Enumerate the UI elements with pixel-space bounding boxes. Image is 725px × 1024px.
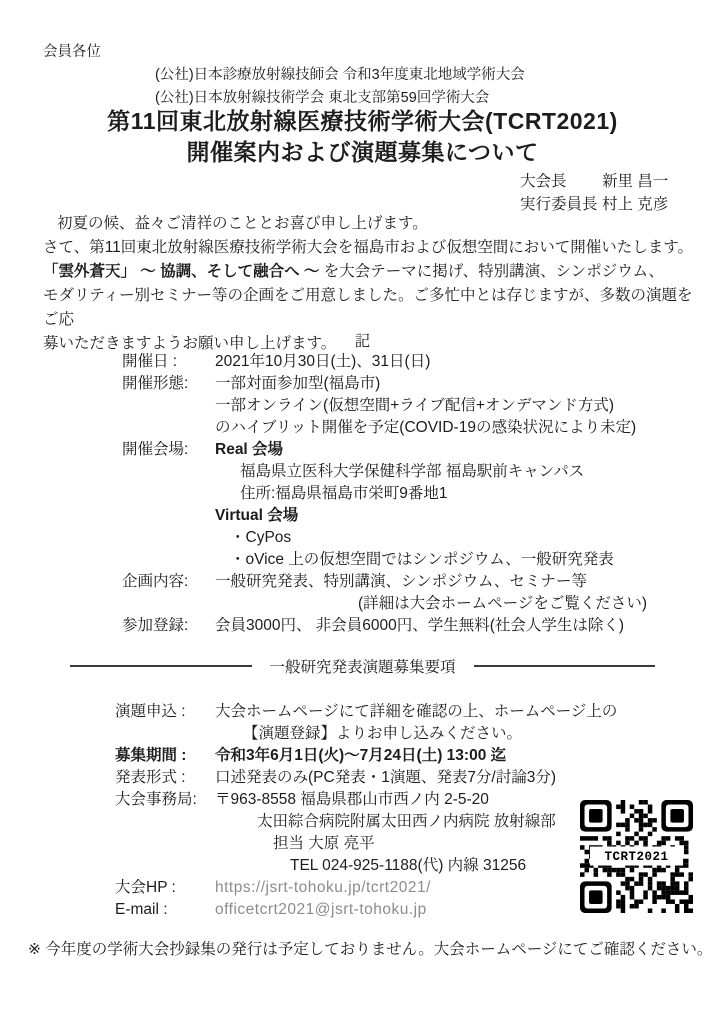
section-divider: 一般研究発表演題募集要項 (70, 655, 655, 677)
detail-row-venue: 開催会場: Real 会場 福島県立医科大学保健科学部 福島駅前キャンパス 住所… (122, 439, 697, 571)
venue-real-heading: Real 会場 (215, 439, 697, 461)
detail-value: 一部対面参加型(福島市) 一部オンライン(仮想空間+ライブ配信+オンデマンド方式… (215, 373, 697, 439)
recipient: 会員各位 (43, 40, 101, 61)
record-mark: 記 (0, 329, 725, 351)
detail-label: 参加登録: (122, 615, 215, 637)
officer-role: 大会長 (520, 171, 602, 194)
divider-line-left (70, 665, 252, 667)
title-line-1: 第11回東北放射線医療技術学術大会(TCRT2021) (0, 106, 725, 137)
detail-row-format: 開催形態: 一部対面参加型(福島市) 一部オンライン(仮想空間+ライブ配信+オン… (122, 373, 697, 439)
greeting-line: モダリティー別セミナー等の企画をご用意しました。ご多忙中とは存じますが、多数の演… (43, 284, 698, 332)
detail-line: (詳細は大会ホームページをご覧ください) (215, 593, 697, 615)
detail-row-program: 企画内容: 一般研究発表、特別講演、シンポジウム、セミナー等 (詳細は大会ホーム… (122, 571, 697, 615)
detail-label: 開催日 : (122, 351, 215, 373)
detail-line: ・oVice 上の仮想空間ではシンポジウム、一般研究発表 (215, 549, 697, 571)
greeting-line: 「雲外蒼天」 〜 協調、そして融合へ 〜 を大会テーマに掲げ、特別講演、シンポジ… (43, 260, 698, 284)
detail-value: 一般研究発表、特別講演、シンポジウム、セミナー等 (詳細は大会ホームページをご覧… (215, 571, 697, 615)
email-link[interactable]: officetcrt2021@jsrt-tohoku.jp (215, 901, 427, 918)
detail-label: 企画内容: (122, 571, 215, 593)
greeting-line-rest: を大会テーマに掲げ、特別講演、シンポジウム、 (319, 263, 664, 280)
qr-code: TCRT2021 (580, 800, 693, 913)
application-line: 大会ホームページにて詳細を確認の上、ホームページ上の (215, 701, 675, 723)
application-value: 口述発表のみ(PC発表・1演題、発表7分/討論3分) (215, 767, 675, 789)
application-row-period: 募集期間 : 令和3年6月1日(火)〜7月24日(土) 13:00 迄 (115, 745, 675, 767)
application-label: E-mail : (115, 899, 215, 921)
qr-label: TCRT2021 (580, 847, 693, 866)
application-value: 令和3年6月1日(火)〜7月24日(土) 13:00 迄 (215, 745, 675, 767)
website-link[interactable]: https://jsrt-tohoku.jp/tcrt2021/ (215, 879, 431, 896)
org-line-1: (公社)日本診療放射線技師会 令和3年度東北地域学術大会 (155, 64, 525, 87)
detail-line: 住所:福島県福島市栄町9番地1 (215, 483, 697, 505)
detail-line: ・CyPos (215, 527, 697, 549)
detail-line: 一般研究発表、特別講演、シンポジウム、セミナー等 (215, 571, 697, 593)
conference-announcement-page: 会員各位 (公社)日本診療放射線技師会 令和3年度東北地域学術大会 (公社)日本… (0, 0, 725, 1024)
venue-virtual-heading: Virtual 会場 (215, 505, 697, 527)
application-row-entry: 演題申込 : 大会ホームページにて詳細を確認の上、ホームページ上の 【演題登録】… (115, 701, 675, 745)
page-title: 第11回東北放射線医療技術学術大会(TCRT2021) 開催案内および演題募集に… (0, 106, 725, 168)
detail-label: 開催会場: (122, 439, 215, 461)
detail-label: 開催形態: (122, 373, 215, 395)
conference-theme: 「雲外蒼天」 〜 協調、そして融合へ 〜 (43, 263, 319, 280)
greeting-line: さて、第11回東北放射線医療技術学術大会を福島市および仮想空間において開催いたし… (43, 236, 698, 260)
application-label: 大会事務局: (115, 789, 215, 811)
application-label: 演題申込 : (115, 701, 215, 723)
application-value: 大会ホームページにて詳細を確認の上、ホームページ上の 【演題登録】よりお申し込み… (215, 701, 675, 745)
event-details-list: 開催日 : 2021年10月30日(土)、31日(日) 開催形態: 一部対面参加… (122, 351, 697, 637)
application-label: 発表形式 : (115, 767, 215, 789)
detail-value: Real 会場 福島県立医科大学保健科学部 福島駅前キャンパス 住所:福島県福島… (215, 439, 697, 571)
application-row-presentation-format: 発表形式 : 口述発表のみ(PC発表・1演題、発表7分/討論3分) (115, 767, 675, 789)
greeting-line: 初夏の候、益々ご清祥のこととお喜び申し上げます。 (43, 212, 698, 236)
application-label: 大会HP : (115, 877, 215, 899)
application-line: 【演題登録】よりお申し込みください。 (215, 723, 675, 745)
officer-row: 大会長 新里 昌一 (520, 171, 668, 194)
officers-block: 大会長 新里 昌一 実行委員長 村上 克彦 (520, 171, 668, 216)
detail-line: 福島県立医科大学保健科学部 福島駅前キャンパス (215, 461, 697, 483)
officer-name: 新里 昌一 (602, 171, 668, 194)
title-line-2: 開催案内および演題募集について (0, 137, 725, 168)
application-label: 募集期間 : (115, 745, 215, 767)
organizer-block: (公社)日本診療放射線技師会 令和3年度東北地域学術大会 (公社)日本放射線技術… (155, 64, 525, 110)
section-divider-title: 一般研究発表演題募集要項 (252, 655, 474, 677)
detail-line: 一部対面参加型(福島市) (215, 373, 697, 395)
divider-line-right (474, 665, 656, 667)
footer-note: ※ 今年度の学術大会抄録集の発行は予定しておりません。大会ホームページにてご確認… (28, 938, 718, 961)
detail-value: 会員3000円、 非会員6000円、学生無料(社会人学生は除く) (215, 615, 697, 637)
detail-row-registration: 参加登録: 会員3000円、 非会員6000円、学生無料(社会人学生は除く) (122, 615, 697, 637)
detail-value: 2021年10月30日(土)、31日(日) (215, 351, 697, 373)
detail-line: 一部オンライン(仮想空間+ライブ配信+オンデマンド方式) (215, 395, 697, 417)
detail-line: のハイブリット開催を予定(COVID-19の感染状況により未定) (215, 417, 697, 439)
detail-row-date: 開催日 : 2021年10月30日(土)、31日(日) (122, 351, 697, 373)
